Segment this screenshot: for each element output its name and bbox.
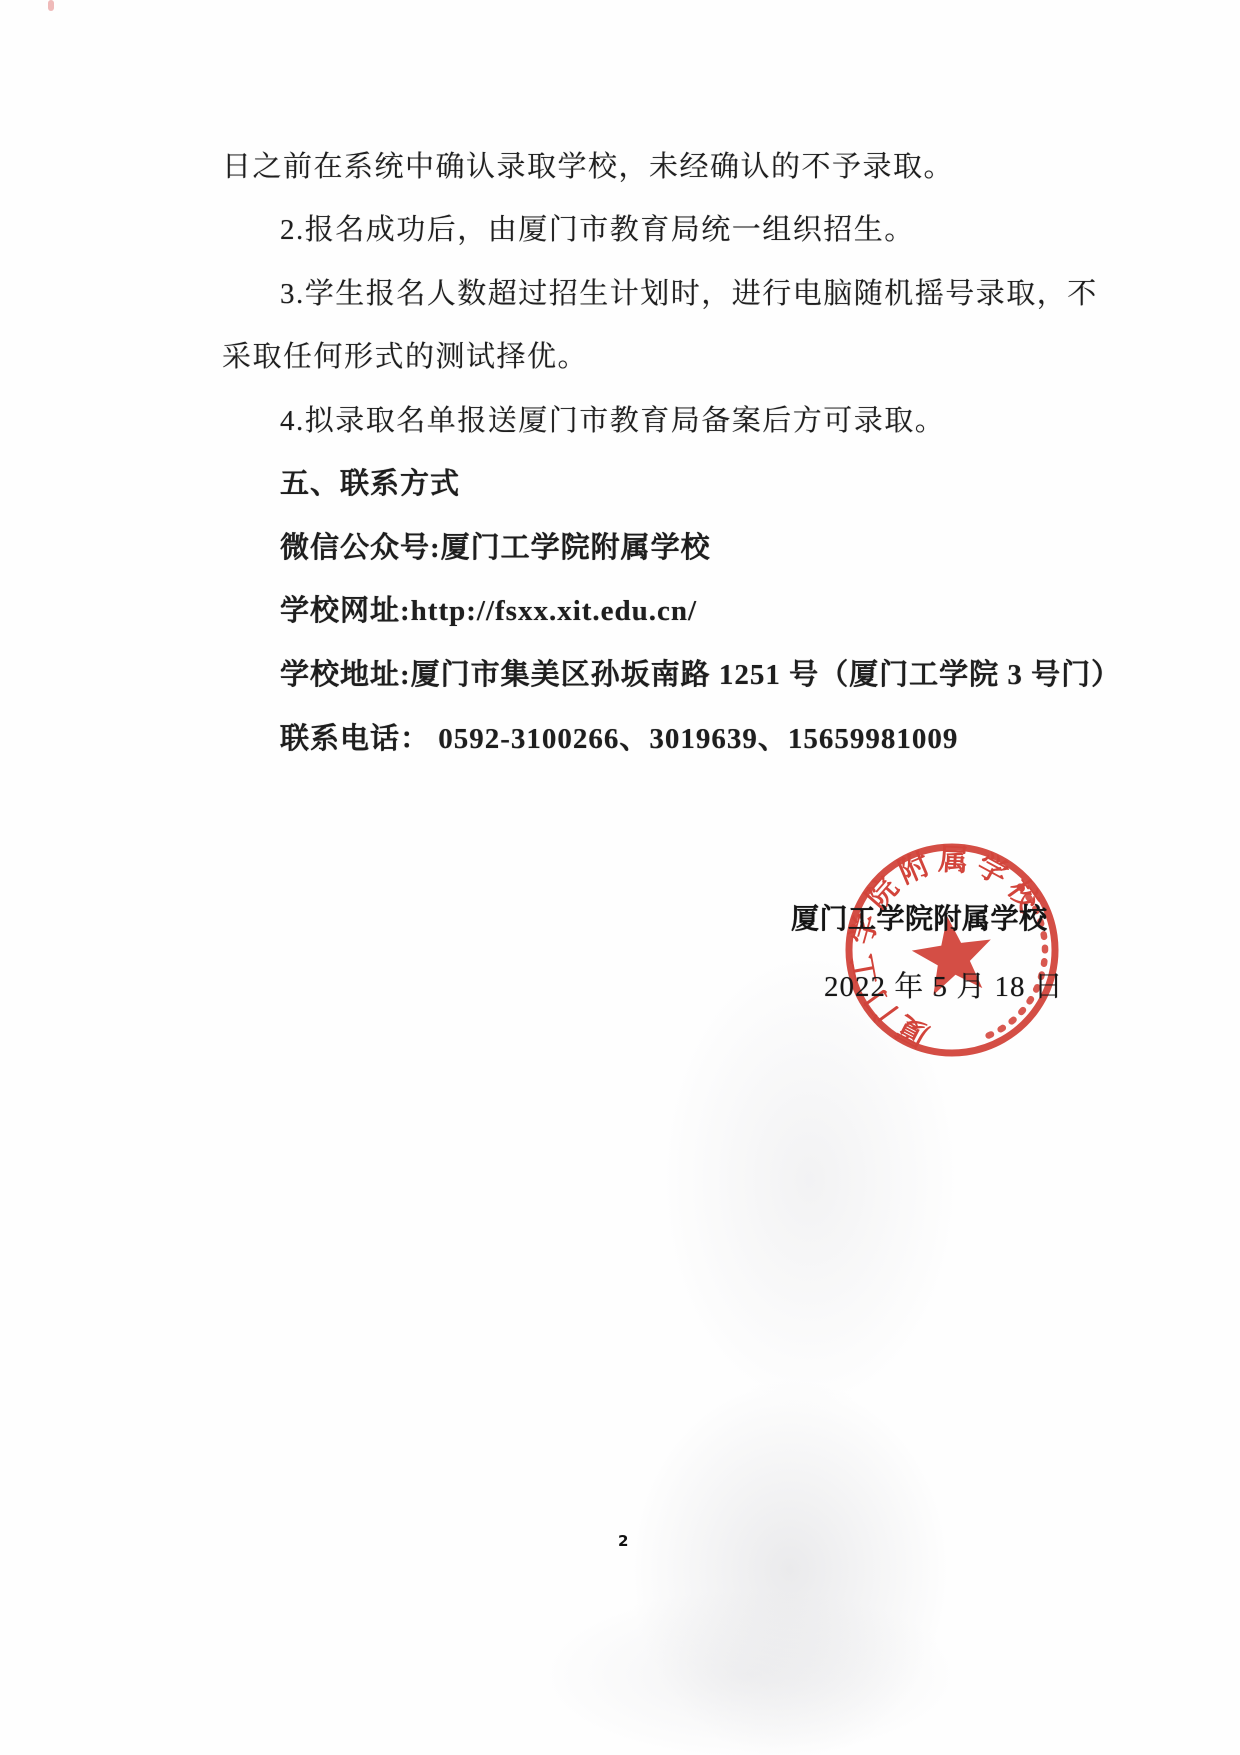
scan-red-speck [48,0,54,11]
contact-wechat-line: 微信公众号:厦门工学院附属学校 [280,525,711,566]
scanned-document-page: 日之前在系统中确认录取学校，未经确认的不予录取。 2.报名成功后，由厦门市教育局… [0,0,1240,1755]
contact-phone-line: 联系电话： 0592-3100266、3019639、15659981009 [280,716,958,757]
scan-shadow-artifact [540,1590,960,1755]
paragraph-item-4: 4.拟录取名单报送厦门市教育局备案后方可录取。 [280,398,945,439]
paragraph-item-2: 2.报名成功后，由厦门市教育局统一组织招生。 [280,207,915,248]
contact-website-line: 学校网址:http://fsxx.xit.edu.cn/ [280,588,697,629]
signature-school-name: 厦门工学院附属学校 [791,897,1048,937]
paragraph-continuation-line: 日之前在系统中确认录取学校，未经确认的不予录取。 [222,144,954,185]
signature-date: 2022 年 5 月 18 日 [824,964,1064,1005]
official-red-seal-stamp: 厦门工学院附属学校 [840,838,1064,1062]
contact-address-line: 学校地址:厦门市集美区孙坂南路 1251 号（厦门工学院 3 号门） [280,652,1121,693]
paragraph-item-3-continuation: 采取任何形式的测试择优。 [222,334,588,375]
scan-shadow-artifact [630,1380,950,1755]
section-heading-contact: 五、联系方式 [280,461,460,502]
page-number: 2 [618,1532,628,1550]
paragraph-item-3: 3.学生报名人数超过招生计划时，进行电脑随机摇号录取，不 [280,271,1098,312]
